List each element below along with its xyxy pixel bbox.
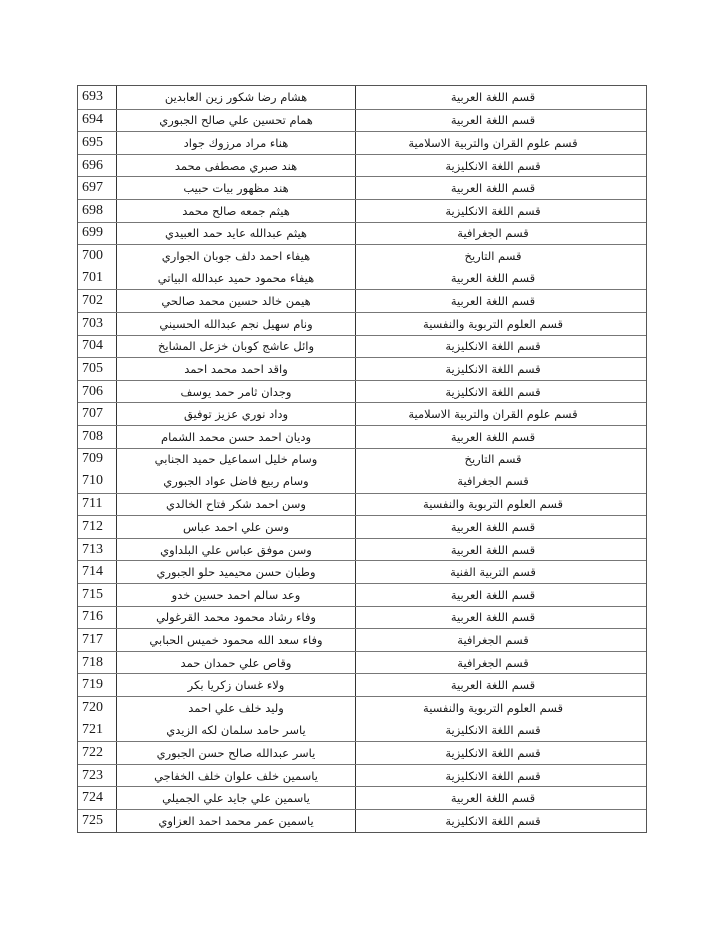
student-name: وفاء رشاد محمود محمد القرغولي — [117, 607, 356, 629]
student-name: ياسمين عمر محمد احمد العزاوي — [117, 810, 356, 832]
department-name: قسم الجغرافية — [356, 470, 630, 493]
table-row: 696هند صبري مصطفى محمدقسم اللغة الانكليز… — [78, 154, 646, 177]
table-row: 700هيفاء احمد دلف جوبان الجواريقسم التار… — [78, 244, 646, 267]
row-number: 714 — [78, 561, 117, 583]
department-name: قسم اللغة العربية — [356, 267, 630, 290]
department-name: قسم التربية الفنية — [356, 561, 630, 583]
department-name: قسم اللغة الانكليزية — [356, 810, 630, 832]
table-row: 719ولاء غسان زكريا بكرقسم اللغة العربية — [78, 673, 646, 696]
student-name: وطبان حسن محيميد حلو الجبوري — [117, 561, 356, 583]
table-row: 717وفاء سعد الله محمود خميس الحبابيقسم ا… — [78, 628, 646, 651]
table-row: 702هيمن خالد حسين محمد صالحيقسم اللغة ال… — [78, 289, 646, 312]
row-number: 718 — [78, 652, 117, 674]
table-row: 706وجدان ثامر حمد يوسفقسم اللغة الانكليز… — [78, 380, 646, 403]
student-name: ولاء غسان زكريا بكر — [117, 674, 356, 696]
table-row: 715وعد سالم احمد حسين خدوقسم اللغة العرب… — [78, 583, 646, 606]
table-row: 711وسن احمد شكر فتاح الخالديقسم العلوم ا… — [78, 493, 646, 516]
table-row: 712وسن علي احمد عباسقسم اللغة العربية — [78, 515, 646, 538]
table-row: 713وسن موفق عباس علي البلداويقسم اللغة ا… — [78, 538, 646, 561]
student-name: وسن احمد شكر فتاح الخالدي — [117, 494, 356, 516]
department-name: قسم اللغة الانكليزية — [356, 336, 630, 358]
student-name: هشام رضا شكور زين العابدين — [117, 86, 356, 109]
department-name: قسم اللغة العربية — [356, 584, 630, 606]
department-name: قسم العلوم التربوية والنفسية — [356, 697, 630, 719]
row-number: 703 — [78, 313, 117, 335]
student-name: ياسمين خلف علوان خلف الخفاجي — [117, 765, 356, 787]
row-number: 716 — [78, 607, 117, 629]
table-row: 724ياسمين علي جايد علي الجميليقسم اللغة … — [78, 786, 646, 809]
department-name: قسم اللغة العربية — [356, 674, 630, 696]
row-number: 715 — [78, 584, 117, 606]
table-row: 693هشام رضا شكور زين العابدينقسم اللغة ا… — [78, 86, 646, 109]
student-name: وسام ربيع فاضل عواد الجبوري — [117, 470, 356, 493]
row-number: 706 — [78, 381, 117, 403]
row-number: 724 — [78, 787, 117, 809]
student-name: وعد سالم احمد حسين خدو — [117, 584, 356, 606]
row-number: 719 — [78, 674, 117, 696]
row-number: 709 — [78, 449, 117, 471]
row-number: 695 — [78, 132, 117, 154]
student-name: وسام خليل اسماعيل حميد الجنابي — [117, 449, 356, 471]
student-name: وسن موفق عباس علي البلداوي — [117, 539, 356, 561]
row-number: 723 — [78, 765, 117, 787]
table-row: 725ياسمين عمر محمد احمد العزاويقسم اللغة… — [78, 809, 646, 832]
student-name: هيثم جمعه صالح محمد — [117, 200, 356, 222]
table-row: 710وسام ربيع فاضل عواد الجبوريقسم الجغرا… — [78, 470, 646, 493]
student-name: همام تحسين علي صالح الجبوري — [117, 110, 356, 132]
student-name: ياسمين علي جايد علي الجميلي — [117, 787, 356, 809]
table-row: 709وسام خليل اسماعيل حميد الجنابيقسم الت… — [78, 448, 646, 471]
student-name: ونام سهيل نجم عبدالله الحسيني — [117, 313, 356, 335]
row-number: 694 — [78, 110, 117, 132]
row-number: 725 — [78, 810, 117, 832]
table-row: 699هيثم عبدالله عايد حمد العبيديقسم الجغ… — [78, 222, 646, 245]
student-name: وفاء سعد الله محمود خميس الحبابي — [117, 629, 356, 651]
department-name: قسم اللغة العربية — [356, 607, 630, 629]
student-name: هند مظهور بيات حبيب — [117, 177, 356, 199]
department-name: قسم اللغة العربية — [356, 110, 630, 132]
row-number: 696 — [78, 155, 117, 177]
department-name: قسم اللغة الانكليزية — [356, 381, 630, 403]
row-number: 721 — [78, 719, 117, 742]
department-name: قسم التاريخ — [356, 245, 630, 267]
row-number: 713 — [78, 539, 117, 561]
department-name: قسم اللغة الانكليزية — [356, 765, 630, 787]
row-number: 700 — [78, 245, 117, 267]
department-name: قسم علوم القران والتربية الاسلامية — [356, 403, 630, 425]
department-name: قسم اللغة العربية — [356, 516, 630, 538]
table-row: 714وطبان حسن محيميد حلو الجبوريقسم الترب… — [78, 560, 646, 583]
student-name: هناء مراد مرزوك جواد — [117, 132, 356, 154]
row-number: 707 — [78, 403, 117, 425]
department-name: قسم علوم القران والتربية الاسلامية — [356, 132, 630, 154]
table-row: 701هيفاء محمود حميد عبدالله البياتيقسم ا… — [78, 267, 646, 290]
table-row: 722ياسر عبدالله صالح حسن الجبوريقسم اللغ… — [78, 741, 646, 764]
department-name: قسم اللغة الانكليزية — [356, 200, 630, 222]
students-table: 693هشام رضا شكور زين العابدينقسم اللغة ا… — [77, 85, 647, 833]
department-name: قسم العلوم التربوية والنفسية — [356, 313, 630, 335]
table-row: 707وداد نوري عزيز توفيققسم علوم القران و… — [78, 402, 646, 425]
row-number: 702 — [78, 290, 117, 312]
department-name: قسم الجغرافية — [356, 629, 630, 651]
table-row: 718وقاص علي حمدان حمدقسم الجغرافية — [78, 651, 646, 674]
department-name: قسم الجغرافية — [356, 652, 630, 674]
department-name: قسم اللغة العربية — [356, 426, 630, 448]
table-row: 698هيثم جمعه صالح محمدقسم اللغة الانكليز… — [78, 199, 646, 222]
department-name: قسم العلوم التربوية والنفسية — [356, 494, 630, 516]
student-name: وسن علي احمد عباس — [117, 516, 356, 538]
department-name: قسم اللغة الانكليزية — [356, 358, 630, 380]
department-name: قسم اللغة الانكليزية — [356, 155, 630, 177]
department-name: قسم اللغة العربية — [356, 787, 630, 809]
department-name: قسم اللغة العربية — [356, 290, 630, 312]
table-row: 695هناء مراد مرزوك جوادقسم علوم القران و… — [78, 131, 646, 154]
row-number: 701 — [78, 267, 117, 290]
row-number: 697 — [78, 177, 117, 199]
student-name: وقاص علي حمدان حمد — [117, 652, 356, 674]
row-number: 708 — [78, 426, 117, 448]
department-name: قسم اللغة الانكليزية — [356, 719, 630, 742]
student-name: وليد خلف علي احمد — [117, 697, 356, 719]
row-number: 699 — [78, 223, 117, 245]
student-name: هيفاء احمد دلف جوبان الجواري — [117, 245, 356, 267]
row-number: 712 — [78, 516, 117, 538]
department-name: قسم التاريخ — [356, 449, 630, 471]
student-name: وداد نوري عزيز توفيق — [117, 403, 356, 425]
student-name: ياسر حامد سلمان لكه الزيدي — [117, 719, 356, 742]
row-number: 698 — [78, 200, 117, 222]
table-row: 723ياسمين خلف علوان خلف الخفاجيقسم اللغة… — [78, 764, 646, 787]
document-page: 693هشام رضا شكور زين العابدينقسم اللغة ا… — [0, 0, 720, 932]
row-number: 705 — [78, 358, 117, 380]
row-number: 710 — [78, 470, 117, 493]
table-row: 703ونام سهيل نجم عبدالله الحسينيقسم العل… — [78, 312, 646, 335]
department-name: قسم اللغة العربية — [356, 539, 630, 561]
student-name: وجدان ثامر حمد يوسف — [117, 381, 356, 403]
row-number: 722 — [78, 742, 117, 764]
student-name: هيمن خالد حسين محمد صالحي — [117, 290, 356, 312]
table-row: 705واقد احمد محمد احمدقسم اللغة الانكليز… — [78, 357, 646, 380]
table-row: 716وفاء رشاد محمود محمد القرغوليقسم اللغ… — [78, 606, 646, 629]
student-name: هيثم عبدالله عايد حمد العبيدي — [117, 223, 356, 245]
department-name: قسم اللغة الانكليزية — [356, 742, 630, 764]
student-name: ياسر عبدالله صالح حسن الجبوري — [117, 742, 356, 764]
department-name: قسم اللغة العربية — [356, 86, 630, 109]
table-row: 697هند مظهور بيات حبيبقسم اللغة العربية — [78, 176, 646, 199]
department-name: قسم الجغرافية — [356, 223, 630, 245]
table-row: 708وديان احمد حسن محمد الشمامقسم اللغة ا… — [78, 425, 646, 448]
table-row: 694همام تحسين علي صالح الجبوريقسم اللغة … — [78, 109, 646, 132]
student-name: هيفاء محمود حميد عبدالله البياتي — [117, 267, 356, 290]
row-number: 717 — [78, 629, 117, 651]
table-row: 721ياسر حامد سلمان لكه الزيديقسم اللغة ا… — [78, 719, 646, 742]
table-row: 704وائل عاشج كوبان خزعل المشايخقسم اللغة… — [78, 335, 646, 358]
row-number: 704 — [78, 336, 117, 358]
student-name: واقد احمد محمد احمد — [117, 358, 356, 380]
row-number: 720 — [78, 697, 117, 719]
student-name: هند صبري مصطفى محمد — [117, 155, 356, 177]
student-name: وائل عاشج كوبان خزعل المشايخ — [117, 336, 356, 358]
student-name: وديان احمد حسن محمد الشمام — [117, 426, 356, 448]
table-row: 720وليد خلف علي احمدقسم العلوم التربوية … — [78, 696, 646, 719]
department-name: قسم اللغة العربية — [356, 177, 630, 199]
row-number: 693 — [78, 86, 117, 109]
row-number: 711 — [78, 494, 117, 516]
